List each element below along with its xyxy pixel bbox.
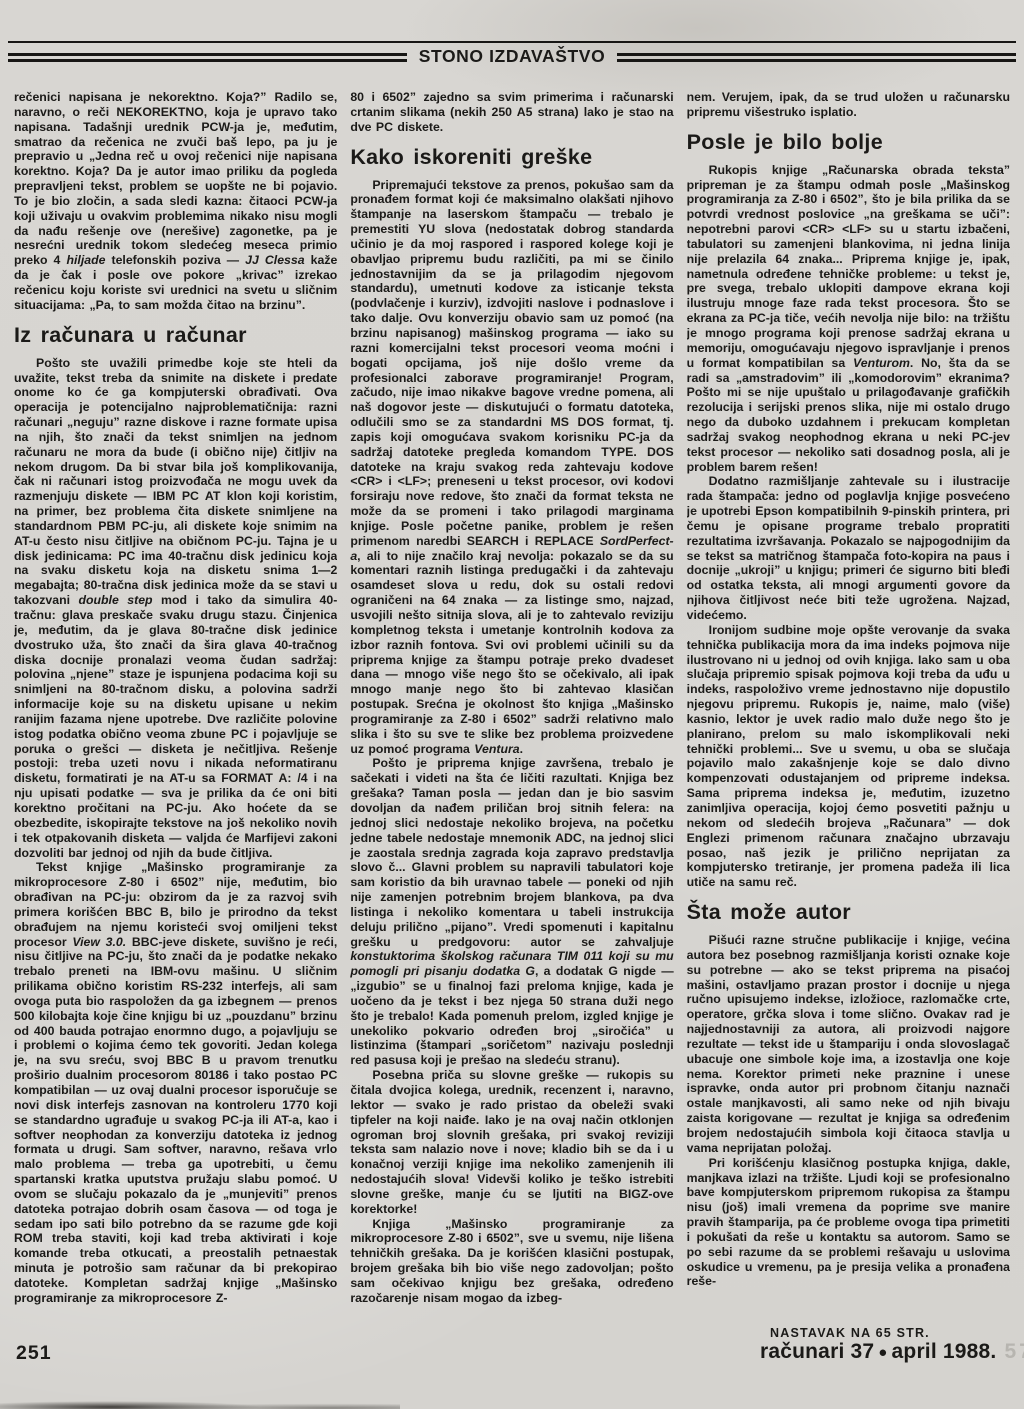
section-heading: Kako iskoreniti greške <box>350 145 673 170</box>
scan-smudge <box>0 1398 400 1409</box>
italic-text: Venturom <box>853 356 910 370</box>
ghost-page-number: 57 <box>996 1340 1024 1363</box>
issue-line: računari 37●april 1988.57 <box>760 1340 1024 1364</box>
paragraph: Posebna priča su slovne greške — rukopis… <box>350 1068 673 1216</box>
article-columns: rečenici napisana je nekorektno. Koja?” … <box>14 90 1010 1348</box>
paragraph: Pripremajući tekstove za prenos, pokušao… <box>350 178 673 757</box>
paragraph: Pošto ste uvažili primedbe koje ste htel… <box>14 356 337 861</box>
paragraph: Tekst knjige „Mašinsko programiranje za … <box>14 860 337 1305</box>
section-title: STONO IZDAVAŠTVO <box>407 46 618 67</box>
continuation-note: NASTAVAK NA 65 STR. <box>770 1326 930 1340</box>
paragraph: Dodatno razmišljanje zahtevale su i ilus… <box>687 474 1010 622</box>
text-column-3: nem. Verujem, ipak, da se trud uložen u … <box>687 90 1010 1348</box>
italic-text: View 3.0. <box>72 935 126 949</box>
masthead-top-rule <box>8 41 1016 43</box>
paragraph: nem. Verujem, ipak, da se trud uložen u … <box>687 90 1010 120</box>
magazine-page: STONO IZDAVAŠTVO rečenici napisana je ne… <box>0 0 1024 1409</box>
masthead-right-rules <box>617 53 1016 62</box>
paragraph: 80 i 6502” zajedno sa svim primerima i r… <box>350 90 673 135</box>
magazine-name: računari 37 <box>760 1340 874 1363</box>
paragraph: Pišući razne stručne publikacije i knjig… <box>687 933 1010 1156</box>
italic-text: hiljade <box>66 253 105 267</box>
section-heading: Iz računara u računar <box>14 323 337 348</box>
paragraph: Rukopis knjige „Računarska obrada teksta… <box>687 163 1010 475</box>
italic-text: Ventura <box>474 742 519 756</box>
text-column-2: 80 i 6502” zajedno sa svim primerima i r… <box>350 90 673 1348</box>
masthead-left-rules <box>8 53 407 62</box>
paragraph: rečenici napisana je nekorektno. Koja?” … <box>14 90 337 313</box>
page-number: 251 <box>16 1342 52 1365</box>
paragraph: Knjiga „Mašinsko programiranje za mikrop… <box>350 1217 673 1306</box>
bullet-separator: ● <box>874 1344 891 1361</box>
italic-text: double step <box>79 593 153 607</box>
paragraph: Ironijom sudbine moje opšte verovanje da… <box>687 623 1010 890</box>
paragraph: Pošto je priprema knjige završena, treba… <box>350 756 673 1068</box>
section-heading: Šta može autor <box>687 900 1010 925</box>
paragraph: Pri korišćenju klasičnog postupka knjiga… <box>687 1156 1010 1290</box>
section-heading: Posle je bilo bolje <box>687 130 1010 155</box>
masthead: STONO IZDAVAŠTVO <box>8 41 1016 68</box>
italic-text: JJ Clessa <box>245 253 304 267</box>
text-column-1: rečenici napisana je nekorektno. Koja?” … <box>14 90 337 1348</box>
issue-date: april 1988. <box>892 1340 997 1363</box>
